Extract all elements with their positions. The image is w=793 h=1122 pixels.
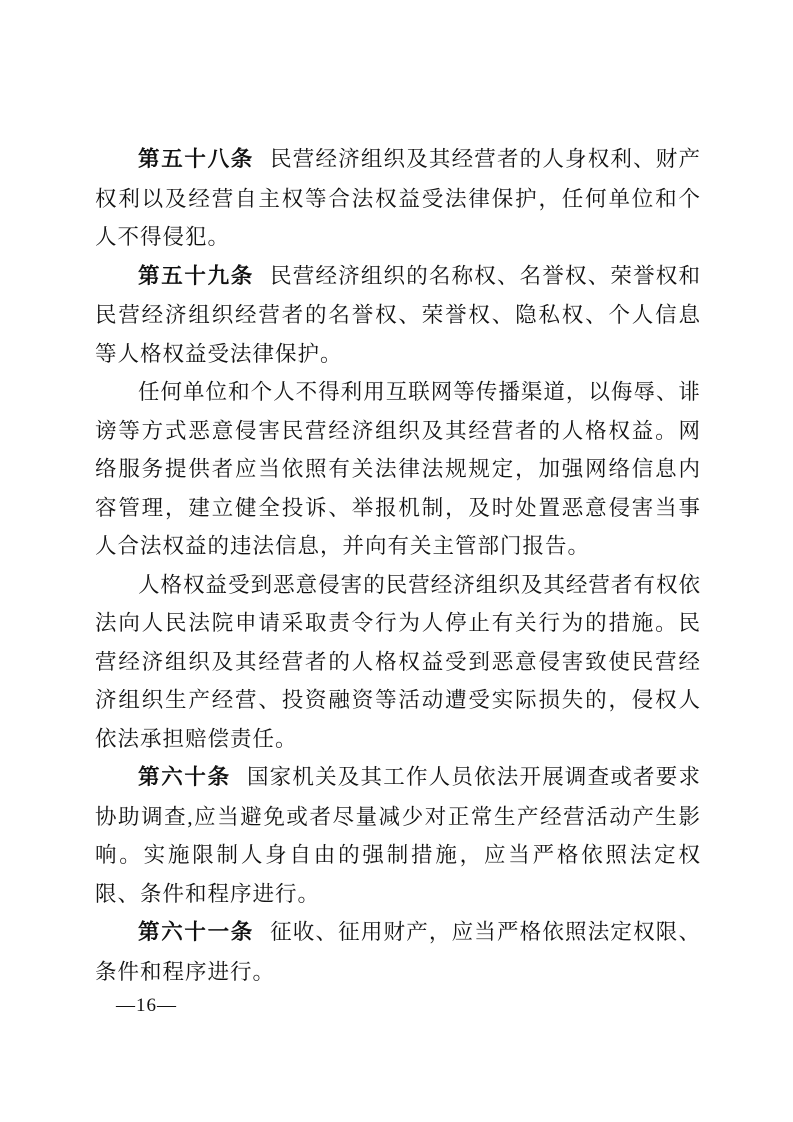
article-59-clause-2-text: 任何单位和个人不得利用互联网等传播渠道，以侮辱、诽谤等方式恶意侵害民营经济组织及…	[95, 380, 701, 558]
paragraph-article-58: 第五十八条民营经济组织及其经营者的人身权利、财产权利以及经营自主权等合法权益受法…	[95, 140, 701, 257]
paragraph-article-59: 第五十九条民营经济组织的名称权、名誉权、荣誉权和民营经济组织经营者的名誉权、荣誉…	[95, 257, 701, 374]
article-59-clause-3-text: 人格权益受到恶意侵害的民营经济组织及其经营者有权依法向人民法院申请采取责令行为人…	[95, 573, 701, 751]
paragraph-article-59-clause-3: 人格权益受到恶意侵害的民营经济组织及其经营者有权依法向人民法院申请采取责令行为人…	[95, 566, 701, 759]
article-60-number: 第六十条	[138, 765, 231, 790]
article-59-number: 第五十九条	[138, 264, 254, 289]
article-61-number: 第六十一条	[138, 920, 254, 945]
paragraph-article-60: 第六十条国家机关及其工作人员依法开展调查或者要求协助调查,应当避免或者尽量减少对…	[95, 758, 701, 913]
document-page: 第五十八条民营经济组织及其经营者的人身权利、财产权利以及经营自主权等合法权益受法…	[0, 0, 793, 1122]
page-number: —16—	[116, 995, 177, 1017]
paragraph-article-59-clause-2: 任何单位和个人不得利用互联网等传播渠道，以侮辱、诽谤等方式恶意侵害民营经济组织及…	[95, 373, 701, 566]
paragraph-article-61: 第六十一条征收、征用财产，应当严格依照法定权限、条件和程序进行。	[95, 913, 701, 991]
article-58-number: 第五十八条	[138, 147, 254, 172]
document-body: 第五十八条民营经济组织及其经营者的人身权利、财产权利以及经营自主权等合法权益受法…	[95, 140, 701, 991]
